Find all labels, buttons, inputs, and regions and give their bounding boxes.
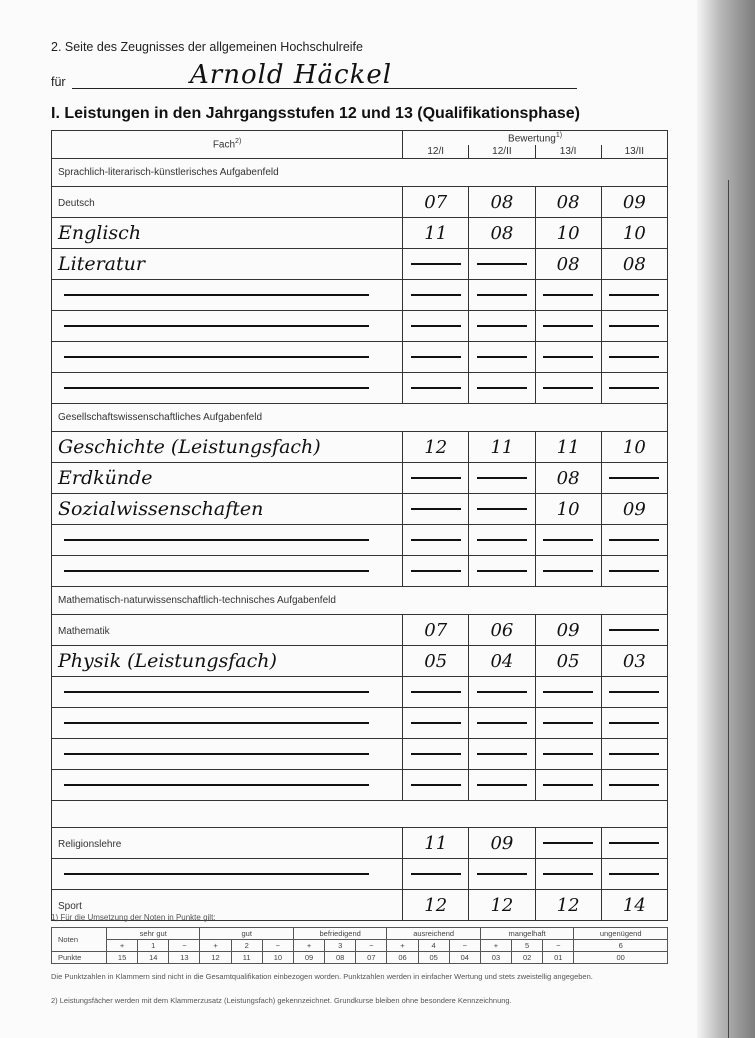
fach-header-label: Fach bbox=[213, 140, 235, 151]
grade-mark: − bbox=[543, 940, 574, 952]
grade-value: 08 bbox=[536, 254, 601, 275]
grade-cell bbox=[469, 342, 535, 373]
grade-value: 08 bbox=[536, 192, 601, 213]
grade-cell bbox=[535, 525, 601, 556]
grade-group-name: befriedigend bbox=[293, 928, 386, 940]
grade-cell bbox=[403, 708, 469, 739]
grade-cell bbox=[601, 463, 667, 494]
empty-dash bbox=[543, 356, 593, 358]
bewertung-header-label: Bewertung bbox=[508, 133, 556, 144]
grade-cell: 10 bbox=[601, 218, 667, 249]
subject-cell: Literatur bbox=[52, 249, 403, 280]
empty-dash bbox=[411, 294, 461, 296]
table-row bbox=[52, 556, 668, 587]
grade-cell: 08 bbox=[601, 249, 667, 280]
empty-dash bbox=[411, 508, 461, 510]
grade-cell: 11 bbox=[469, 432, 535, 463]
subject-name: Physik (Leistungsfach) bbox=[58, 650, 277, 672]
grade-mark: + bbox=[107, 940, 138, 952]
empty-dash bbox=[609, 387, 659, 389]
subject-cell bbox=[52, 859, 403, 890]
empty-dash bbox=[477, 477, 527, 479]
grade-points: 00 bbox=[574, 952, 668, 964]
subject-name: Mathematik bbox=[58, 626, 110, 637]
empty-dash bbox=[477, 691, 527, 693]
grade-cell bbox=[469, 373, 535, 404]
empty-dash bbox=[411, 722, 461, 724]
grade-value: 12 bbox=[403, 437, 468, 458]
grade-cell: 06 bbox=[469, 615, 535, 646]
empty-dash bbox=[477, 356, 527, 358]
empty-dash bbox=[609, 873, 659, 875]
scan-edge-shadow bbox=[697, 0, 755, 1038]
fuer-label: für bbox=[51, 75, 66, 89]
grade-cell bbox=[469, 739, 535, 770]
empty-dash bbox=[477, 539, 527, 541]
empty-dash bbox=[477, 325, 527, 327]
empty-dash bbox=[609, 570, 659, 572]
subject-name: Erdkünde bbox=[58, 467, 153, 489]
subject-name: Religionslehre bbox=[58, 839, 121, 850]
empty-dash bbox=[543, 722, 593, 724]
grade-cell bbox=[535, 708, 601, 739]
table-row bbox=[52, 739, 668, 770]
grade-cell bbox=[601, 525, 667, 556]
area-row: Sprachlich-literarisch-künstlerisches Au… bbox=[52, 159, 668, 187]
subject-cell bbox=[52, 525, 403, 556]
grade-points: 04 bbox=[449, 952, 480, 964]
subject-cell bbox=[52, 342, 403, 373]
blank-line bbox=[64, 539, 369, 541]
subject-cell: Religionslehre bbox=[52, 828, 403, 859]
table-row bbox=[52, 708, 668, 739]
grade-points: 01 bbox=[543, 952, 574, 964]
subject-name: Geschichte (Leistungsfach) bbox=[58, 436, 321, 458]
grade-cell bbox=[403, 311, 469, 342]
grade-points: 14 bbox=[138, 952, 169, 964]
subject-cell bbox=[52, 280, 403, 311]
footnote-1-intro: 1) Für die Umsetzung der Noten in Punkte… bbox=[51, 913, 216, 922]
grade-cell bbox=[469, 556, 535, 587]
grade-cell bbox=[403, 525, 469, 556]
empty-dash bbox=[411, 477, 461, 479]
grade-cell bbox=[469, 494, 535, 525]
grade-value: 10 bbox=[536, 499, 601, 520]
area-title: Gesellschaftswissenschaftliches Aufgaben… bbox=[52, 404, 668, 432]
grade-cell: 12 bbox=[403, 432, 469, 463]
empty-dash bbox=[477, 387, 527, 389]
grade-value: 11 bbox=[403, 833, 468, 854]
spacer-row bbox=[52, 801, 668, 828]
grade-value: 08 bbox=[469, 223, 534, 244]
grade-cell bbox=[535, 373, 601, 404]
subject-cell: Erdkünde bbox=[52, 463, 403, 494]
grade-value: 05 bbox=[403, 651, 468, 672]
grade-cell bbox=[601, 770, 667, 801]
grade-points: 12 bbox=[200, 952, 231, 964]
empty-dash bbox=[609, 722, 659, 724]
grade-cell: 11 bbox=[403, 828, 469, 859]
grade-value: 07 bbox=[403, 192, 468, 213]
grade-value: 09 bbox=[536, 620, 601, 641]
empty-dash bbox=[609, 784, 659, 786]
empty-dash bbox=[411, 873, 461, 875]
grade-value: 03 bbox=[602, 651, 667, 672]
grade-cell bbox=[535, 342, 601, 373]
blank-line bbox=[64, 294, 369, 296]
grade-value: 10 bbox=[602, 223, 667, 244]
empty-dash bbox=[477, 873, 527, 875]
area-row: Gesellschaftswissenschaftliches Aufgaben… bbox=[52, 404, 668, 432]
blank-line bbox=[64, 691, 369, 693]
table-row bbox=[52, 373, 668, 404]
grade-value: 11 bbox=[469, 437, 534, 458]
table-row bbox=[52, 280, 668, 311]
subject-cell bbox=[52, 311, 403, 342]
empty-dash bbox=[609, 539, 659, 541]
grade-cell bbox=[601, 677, 667, 708]
grade-value: 12 bbox=[403, 895, 468, 916]
grade-cell bbox=[403, 556, 469, 587]
grade-cell bbox=[601, 615, 667, 646]
grade-cell bbox=[469, 859, 535, 890]
empty-dash bbox=[609, 294, 659, 296]
scale-row: Notensehr gutgutbefriedigendausreichendm… bbox=[52, 928, 668, 940]
grade-mark: − bbox=[356, 940, 387, 952]
grade-cell bbox=[469, 249, 535, 280]
bewertung-header: Bewertung1) bbox=[403, 131, 668, 146]
grade-value: 12 bbox=[469, 895, 534, 916]
table-row: Literatur0808 bbox=[52, 249, 668, 280]
grade-mark: − bbox=[262, 940, 293, 952]
grade-cell bbox=[601, 556, 667, 587]
grade-mark: 5 bbox=[512, 940, 543, 952]
grade-cell bbox=[601, 828, 667, 859]
grade-points: 05 bbox=[418, 952, 449, 964]
empty-dash bbox=[411, 753, 461, 755]
grade-points: 02 bbox=[512, 952, 543, 964]
footnote-note: Die Punktzahlen in Klammern sind nicht i… bbox=[51, 972, 691, 981]
grade-cell: 10 bbox=[535, 494, 601, 525]
grade-cell bbox=[403, 770, 469, 801]
grade-cell bbox=[535, 556, 601, 587]
grade-cell: 08 bbox=[535, 249, 601, 280]
grade-points: 06 bbox=[387, 952, 418, 964]
grade-cell bbox=[601, 342, 667, 373]
empty-dash bbox=[543, 753, 593, 755]
fach-footnote-ref: 2) bbox=[235, 138, 241, 145]
empty-dash bbox=[543, 325, 593, 327]
blank-line bbox=[64, 356, 369, 358]
empty-dash bbox=[477, 294, 527, 296]
grade-cell: 10 bbox=[601, 432, 667, 463]
table-row: Geschichte (Leistungsfach)12111110 bbox=[52, 432, 668, 463]
subject-name: Deutsch bbox=[58, 198, 95, 209]
grade-mark: 3 bbox=[325, 940, 356, 952]
grade-value: 10 bbox=[536, 223, 601, 244]
subject-name: Englisch bbox=[58, 222, 141, 244]
semester-header: 13/I bbox=[535, 145, 601, 159]
blank-line bbox=[64, 325, 369, 327]
empty-dash bbox=[477, 722, 527, 724]
semester-header: 12/I bbox=[403, 145, 469, 159]
section-title: I. Leistungen in den Jahrgangsstufen 12 … bbox=[51, 105, 580, 123]
grade-cell: 14 bbox=[601, 890, 667, 921]
grade-cell bbox=[535, 677, 601, 708]
table-row bbox=[52, 311, 668, 342]
grade-cell bbox=[469, 311, 535, 342]
grade-cell bbox=[403, 280, 469, 311]
grade-cell bbox=[601, 708, 667, 739]
grade-value: 09 bbox=[602, 499, 667, 520]
empty-dash bbox=[609, 325, 659, 327]
grade-value: 08 bbox=[536, 468, 601, 489]
grade-cell: 04 bbox=[469, 646, 535, 677]
table-row bbox=[52, 342, 668, 373]
grade-points: 03 bbox=[480, 952, 511, 964]
grade-cell bbox=[403, 859, 469, 890]
empty-dash bbox=[477, 784, 527, 786]
grade-cell bbox=[469, 525, 535, 556]
grade-mark: − bbox=[449, 940, 480, 952]
grades-table: Fach2) Bewertung1) 12/I 12/II 13/I 13/II… bbox=[51, 130, 668, 921]
grade-value: 11 bbox=[536, 437, 601, 458]
empty-dash bbox=[411, 784, 461, 786]
empty-dash bbox=[609, 629, 659, 631]
grade-mark: + bbox=[200, 940, 231, 952]
grade-cell bbox=[403, 373, 469, 404]
grade-group-name: mangelhaft bbox=[480, 928, 573, 940]
punkte-label: Punkte bbox=[52, 952, 107, 964]
empty-dash bbox=[543, 842, 593, 844]
subject-cell bbox=[52, 556, 403, 587]
grade-mark: 2 bbox=[231, 940, 262, 952]
table-row bbox=[52, 525, 668, 556]
empty-dash bbox=[477, 508, 527, 510]
empty-dash bbox=[411, 387, 461, 389]
grade-mark: + bbox=[387, 940, 418, 952]
empty-dash bbox=[609, 356, 659, 358]
grade-value: 09 bbox=[469, 833, 534, 854]
grade-cell bbox=[601, 739, 667, 770]
table-row bbox=[52, 770, 668, 801]
subject-name: Literatur bbox=[58, 253, 145, 275]
blank-line bbox=[64, 873, 369, 875]
empty-dash bbox=[543, 539, 593, 541]
grade-cell bbox=[403, 677, 469, 708]
grade-mark: 1 bbox=[138, 940, 169, 952]
subject-cell bbox=[52, 739, 403, 770]
grade-cell: 12 bbox=[535, 890, 601, 921]
table-row: Sozialwissenschaften1009 bbox=[52, 494, 668, 525]
page-label: 2. Seite des Zeugnisses der allgemeinen … bbox=[51, 40, 363, 54]
empty-dash bbox=[543, 784, 593, 786]
grade-value: 12 bbox=[536, 895, 601, 916]
grade-cell: 05 bbox=[403, 646, 469, 677]
grade-cell bbox=[601, 280, 667, 311]
grade-cell: 08 bbox=[535, 463, 601, 494]
student-name: Arnold Häckel bbox=[190, 60, 392, 90]
empty-dash bbox=[543, 387, 593, 389]
empty-dash bbox=[609, 691, 659, 693]
grade-cell: 09 bbox=[601, 494, 667, 525]
empty-dash bbox=[609, 842, 659, 844]
table-row: Physik (Leistungsfach)05040503 bbox=[52, 646, 668, 677]
table-row: Erdkünde08 bbox=[52, 463, 668, 494]
subject-cell bbox=[52, 708, 403, 739]
noten-label: Noten bbox=[52, 928, 107, 952]
table-row: Deutsch07080809 bbox=[52, 187, 668, 218]
subject-cell bbox=[52, 770, 403, 801]
grade-cell bbox=[535, 770, 601, 801]
grade-group-name: sehr gut bbox=[107, 928, 200, 940]
grade-value: 04 bbox=[469, 651, 534, 672]
empty-dash bbox=[411, 691, 461, 693]
blank-line bbox=[64, 387, 369, 389]
grade-cell bbox=[469, 463, 535, 494]
spacer-cell bbox=[52, 801, 668, 828]
grade-cell bbox=[535, 280, 601, 311]
grade-group-name: ausreichend bbox=[387, 928, 480, 940]
subject-cell: Mathematik bbox=[52, 615, 403, 646]
grade-group-name: ungenügend bbox=[574, 928, 668, 940]
grade-cell bbox=[601, 859, 667, 890]
grade-cell: 03 bbox=[601, 646, 667, 677]
grade-cell: 09 bbox=[535, 615, 601, 646]
grade-cell bbox=[403, 342, 469, 373]
semester-header: 12/II bbox=[469, 145, 535, 159]
grade-cell: 08 bbox=[469, 187, 535, 218]
grade-cell bbox=[535, 828, 601, 859]
grade-cell: 07 bbox=[403, 615, 469, 646]
grade-group-name: gut bbox=[200, 928, 293, 940]
table-row: Mathematik070609 bbox=[52, 615, 668, 646]
empty-dash bbox=[411, 356, 461, 358]
grade-points: 08 bbox=[325, 952, 356, 964]
bewertung-footnote-ref: 1) bbox=[556, 132, 562, 139]
grade-cell bbox=[601, 373, 667, 404]
blank-line bbox=[64, 784, 369, 786]
empty-dash bbox=[477, 263, 527, 265]
grade-points: 13 bbox=[169, 952, 200, 964]
area-title: Mathematisch-naturwissenschaftlich-techn… bbox=[52, 587, 668, 615]
subject-cell: Geschichte (Leistungsfach) bbox=[52, 432, 403, 463]
table-row: Religionslehre1109 bbox=[52, 828, 668, 859]
grade-cell bbox=[469, 770, 535, 801]
blank-line bbox=[64, 722, 369, 724]
grade-mark: 6 bbox=[574, 940, 668, 952]
grade-cell: 08 bbox=[535, 187, 601, 218]
subject-cell bbox=[52, 677, 403, 708]
area-row: Mathematisch-naturwissenschaftlich-techn… bbox=[52, 587, 668, 615]
scale-row: Punkte15141312111009080706050403020100 bbox=[52, 952, 668, 964]
subject-cell bbox=[52, 373, 403, 404]
grade-points: 11 bbox=[231, 952, 262, 964]
subject-cell: Physik (Leistungsfach) bbox=[52, 646, 403, 677]
grade-cell bbox=[601, 311, 667, 342]
grade-cell bbox=[469, 677, 535, 708]
empty-dash bbox=[411, 539, 461, 541]
semester-header: 13/II bbox=[601, 145, 667, 159]
empty-dash bbox=[543, 873, 593, 875]
grade-cell: 10 bbox=[535, 218, 601, 249]
grade-cell: 11 bbox=[403, 218, 469, 249]
grade-cell: 07 bbox=[403, 187, 469, 218]
grade-value: 10 bbox=[602, 437, 667, 458]
empty-dash bbox=[477, 570, 527, 572]
grade-value: 08 bbox=[602, 254, 667, 275]
grade-points: 15 bbox=[107, 952, 138, 964]
grade-cell bbox=[535, 859, 601, 890]
empty-dash bbox=[411, 263, 461, 265]
area-title: Sprachlich-literarisch-künstlerisches Au… bbox=[52, 159, 668, 187]
grade-mark: + bbox=[480, 940, 511, 952]
grade-scale-table: Notensehr gutgutbefriedigendausreichendm… bbox=[51, 927, 668, 964]
grade-cell: 12 bbox=[469, 890, 535, 921]
grade-cell bbox=[469, 708, 535, 739]
grade-points: 09 bbox=[293, 952, 324, 964]
table-row bbox=[52, 677, 668, 708]
empty-dash bbox=[411, 570, 461, 572]
grade-value: 06 bbox=[469, 620, 534, 641]
grade-value: 07 bbox=[403, 620, 468, 641]
grade-value: 09 bbox=[602, 192, 667, 213]
grade-cell: 09 bbox=[601, 187, 667, 218]
blank-line bbox=[64, 570, 369, 572]
subject-name: Sozialwissenschaften bbox=[58, 498, 263, 520]
grade-cell: 08 bbox=[469, 218, 535, 249]
grade-cell: 12 bbox=[403, 890, 469, 921]
grade-cell bbox=[403, 494, 469, 525]
grade-cell bbox=[469, 280, 535, 311]
grade-mark: 4 bbox=[418, 940, 449, 952]
blank-line bbox=[64, 753, 369, 755]
empty-dash bbox=[543, 691, 593, 693]
table-row bbox=[52, 859, 668, 890]
empty-dash bbox=[411, 325, 461, 327]
scale-row: +1−+2−+3−+4−+5−6 bbox=[52, 940, 668, 952]
grade-cell bbox=[403, 249, 469, 280]
grade-cell bbox=[535, 311, 601, 342]
empty-dash bbox=[609, 753, 659, 755]
grade-mark: + bbox=[293, 940, 324, 952]
subject-cell: Deutsch bbox=[52, 187, 403, 218]
subject-cell: Sozialwissenschaften bbox=[52, 494, 403, 525]
grade-mark: − bbox=[169, 940, 200, 952]
empty-dash bbox=[609, 477, 659, 479]
grade-cell: 11 bbox=[535, 432, 601, 463]
grade-value: 11 bbox=[403, 223, 468, 244]
grade-cell bbox=[535, 739, 601, 770]
grade-cell: 09 bbox=[469, 828, 535, 859]
empty-dash bbox=[477, 753, 527, 755]
grade-value: 08 bbox=[469, 192, 534, 213]
empty-dash bbox=[543, 294, 593, 296]
subject-name: Sport bbox=[58, 901, 82, 912]
grade-cell bbox=[403, 463, 469, 494]
subject-cell: Englisch bbox=[52, 218, 403, 249]
grade-value: 14 bbox=[602, 895, 667, 916]
grade-points: 10 bbox=[262, 952, 293, 964]
grade-value: 05 bbox=[536, 651, 601, 672]
scan-edge-line bbox=[728, 180, 729, 1038]
grade-points: 07 bbox=[356, 952, 387, 964]
empty-dash bbox=[543, 570, 593, 572]
footnote-2: 2) Leistungsfächer werden mit dem Klamme… bbox=[51, 996, 691, 1005]
grade-cell: 05 bbox=[535, 646, 601, 677]
table-row: Englisch11081010 bbox=[52, 218, 668, 249]
grade-cell bbox=[403, 739, 469, 770]
